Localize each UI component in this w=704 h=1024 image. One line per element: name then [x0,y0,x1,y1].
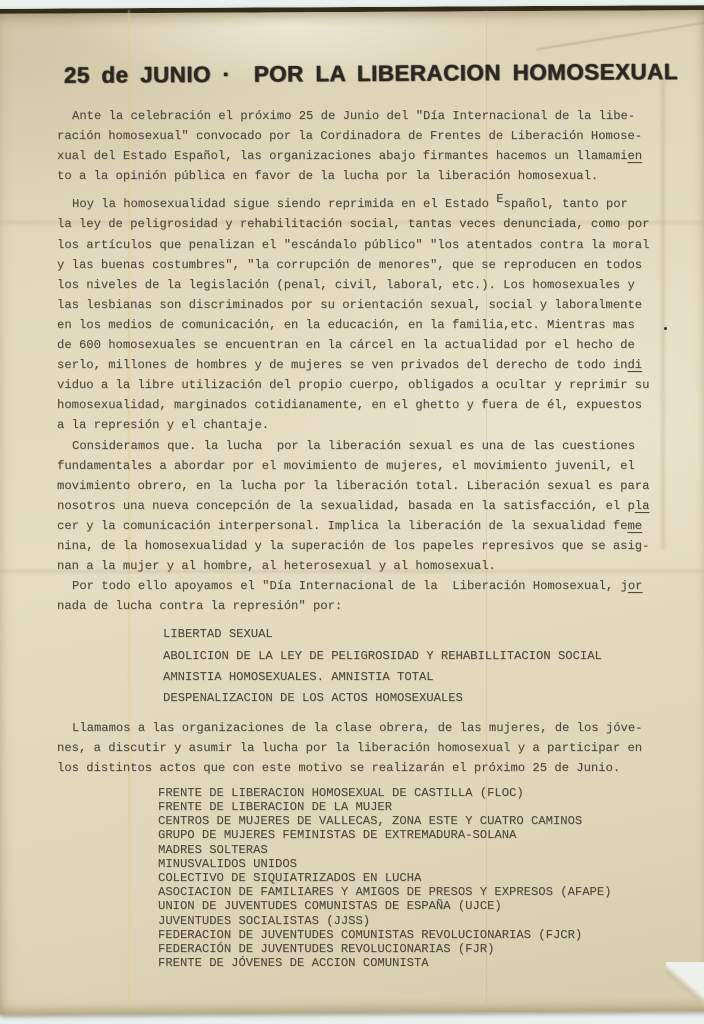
signatories-list: FRENTE DE LIBERACION HOMOSEXUAL DE CASTI… [158,786,657,971]
typewritten-line: Hoy la homosexualidad sigue siendo repri… [57,194,657,214]
corner-fold-bottom-right [666,962,704,1014]
typewritten-line: los niveles de la legislación (penal, ci… [57,275,657,295]
typewritten-line: de 600 homosexuales se encuentran en la … [57,335,657,355]
right-edge-shadow [660,80,666,550]
typewritten-line: CENTROS DE MUJERES DE VALLECAS, ZONA EST… [158,814,657,828]
typewritten-line: xual del Estado Español, las organizacio… [57,146,657,166]
paragraph-support-day: Por todo ello apoyamos el "Día Internaci… [57,576,657,616]
typewritten-line: Por todo ello apoyamos el "Día Internaci… [57,576,657,596]
typewritten-line: nan a la mujer y al hombre, al heterosex… [57,556,657,576]
ink-speck [664,327,667,330]
typewritten-line: movimiento obrero, en la lucha por la li… [57,476,657,496]
typewritten-line: MINUSVALIDOS UNIDOS [158,857,657,871]
typewritten-line: nada de lucha contra la represión" por: [57,596,657,616]
typewritten-line: Llamamos a las organizaciones de la clas… [57,718,657,738]
typewritten-line: FEDERACION DE JUVENTUDES COMUNISTAS REVO… [158,928,657,942]
typewritten-line: Consideramos que. la lucha por la libera… [57,436,657,456]
typewritten-line: a la represión y el chantaje. [57,415,657,435]
typewritten-line: fundamentales a abordar por el movimient… [57,456,657,476]
typewritten-line: FEDERACIÓN DE JUVENTUDES REVOLUCIONARIAS… [158,942,657,956]
typewritten-line: JUVENTUDES SOCIALISTAS (JJSS) [158,914,657,928]
paragraph-sexual-liberation: Consideramos que. la lucha por la libera… [57,436,657,577]
typewritten-line: la ley de peligrosidad y rehabilitación … [57,214,657,234]
typewritten-line: FRENTE DE JÓVENES DE ACCION COMUNISTA [158,956,657,970]
typewritten-line: viduo a la libre utilización del propio … [57,375,657,395]
typewritten-line: ABOLICION DE LA LEY DE PELIGROSIDAD Y RE… [163,646,657,667]
typewritten-line: los distintos actos que con este motivo … [57,758,657,778]
paragraph-repression: Hoy la homosexualidad sigue siendo repri… [57,194,657,435]
paragraph-intro: Ante la celebración el próximo 25 de Jun… [57,106,657,186]
typewritten-line: en los medios de comunicación, en la edu… [57,315,657,335]
typewritten-line: LIBERTAD SEXUAL [163,624,657,645]
paragraph-call-to-action: Llamamos a las organizaciones de la clas… [57,718,657,778]
typewritten-line: nina, de la homosexualidad y la superaci… [57,536,657,556]
typewritten-line: GRUPO DE MUJERES FEMINISTAS DE EXTREMADU… [158,828,657,842]
typewritten-line: homosexualidad, marginados cotidianament… [57,395,657,415]
typewritten-line: nes, a discutir y asumir la lucha por la… [57,738,657,758]
typewritten-line: serlo, millones de hombres y de mujeres … [57,355,657,375]
typewritten-line: los artículos que penalizan el "escándal… [57,235,657,255]
typewritten-line: FRENTE DE LIBERACION DE LA MUJER [158,800,657,814]
typewritten-line: MADRES SOLTERAS [158,843,657,857]
typewritten-line: Ante la celebración el próximo 25 de Jun… [57,106,657,126]
typewritten-line: to a la opinión pública en favor de la l… [57,166,657,186]
demands-list: LIBERTAD SEXUALABOLICION DE LA LEY DE PE… [163,624,657,709]
typewritten-line: nosotros una nueva concepción de la sexu… [57,496,657,516]
scanned-flyer: 25 de JUNIO · POR LA LIBERACION HOMOSEXU… [0,0,704,1024]
typewritten-line: UNION DE JUVENTUDES COMUNISTAS DE ESPAÑA… [158,899,657,913]
typewritten-line: cer y la comunicación interpersonal. Imp… [57,516,657,536]
typewritten-line: COLECTIVO DE SIQUIATRIZADOS EN LUCHA [158,871,657,885]
typewritten-line: ASOCIACION DE FAMILIARES Y AMIGOS DE PRE… [158,885,657,899]
page-title: 25 de JUNIO · POR LA LIBERACION HOMOSEXU… [64,59,678,89]
typewritten-line: las lesbianas son discriminados por su o… [57,295,657,315]
typewritten-line: DESPENALIZACION DE LOS ACTOS HOMOSEXUALE… [163,688,657,709]
typewritten-line: ración homosexual" convocado por la Cord… [57,126,657,146]
typewritten-line: AMNISTIA HOMOSEXUALES. AMNISTIA TOTAL [163,667,657,688]
typewritten-line: y las buenas costumbres", "la corrupción… [57,255,657,275]
typewritten-line: FRENTE DE LIBERACION HOMOSEXUAL DE CASTI… [158,786,657,800]
document-body: Ante la celebración el próximo 25 de Jun… [57,106,657,970]
